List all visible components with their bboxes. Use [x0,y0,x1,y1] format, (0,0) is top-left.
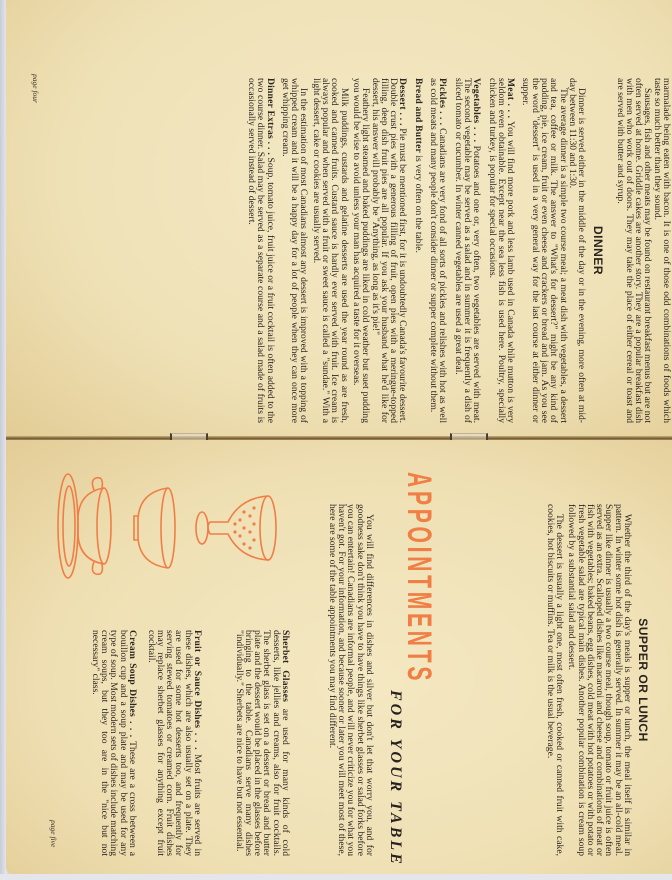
intro-paragraph: Sausages, fish and other meats may be fo… [615,78,652,423]
item-pickles: Pickles . . . Canadians are very fond of… [429,78,448,423]
page-five: SUPPER OR LUNCH Whether the third of the… [6,440,672,874]
dessert-paragraph: In the estimation of most Canadians almo… [281,78,309,423]
cream-soup-dish-icon [52,470,116,582]
scanner-edge [0,874,672,880]
supper-section: SUPPER OR LUNCH Whether the third of the… [545,504,650,856]
appointments-intro: You will find differences in dishes and … [328,504,374,856]
supper-paragraph: The dessert is usually a light one, most… [545,504,564,856]
appointment-sherbet-glasses: Sherbet Glasses are used for many kinds … [234,630,290,856]
page-four-text-column: marmalade being eaten with bacon. It is … [247,78,671,423]
dessert-paragraph: Milk puddings, custards and gelatine des… [312,78,349,423]
item-meat: Meat . . . You will find more pork and l… [487,78,515,423]
intro-paragraph: marmalade being eaten with bacon. It is … [652,78,671,423]
item-bread-and-butter: Bread and Butter is very often on the ta… [413,78,422,423]
feature-title-appointments: APPOINTMENTS [402,472,436,684]
page-five-rotated-content: SUPPER OR LUNCH Whether the third of the… [6,440,672,874]
feature-subtitle: FOR YOUR TABLE [386,690,404,867]
dessert-paragraph: Feathery light steamed and baked pudding… [352,78,371,423]
sauce-dish-icon [128,478,178,578]
sherbet-glass-icon [184,468,280,588]
page-number-five: page five [49,820,58,847]
page-four-rotated-content: marmalade being eaten with bacon. It is … [6,0,672,439]
appointment-cream-soup-dishes: Cream Soup Dishes . . . These are a cros… [91,630,137,856]
section-heading-dinner: DINNER [591,78,605,423]
supper-paragraph: Whether the third of the day's meals is … [567,504,632,856]
page-number-four: page four [31,74,40,103]
scanned-booklet-spread: marmalade being eaten with bacon. It is … [0,0,672,880]
section-heading-supper: SUPPER OR LUNCH [636,504,650,856]
page-four: marmalade being eaten with bacon. It is … [6,0,672,439]
appointment-fruit-sauce-dishes: Fruit or Sauce Dishes . . . Most fruits … [146,630,202,856]
dinner-paragraph: The average dinner is a simple two cours… [521,78,567,423]
item-dinner-extras: Dinner Extras . . . Soup, tomato juice, … [247,78,275,423]
item-vegetables: Vegetables . . . Potatoes and one or, ve… [453,78,481,423]
item-dessert: Dessert . . . Pie must be mentioned firs… [370,78,407,423]
dinner-paragraph: Dinner is served either in the middle of… [568,78,587,423]
